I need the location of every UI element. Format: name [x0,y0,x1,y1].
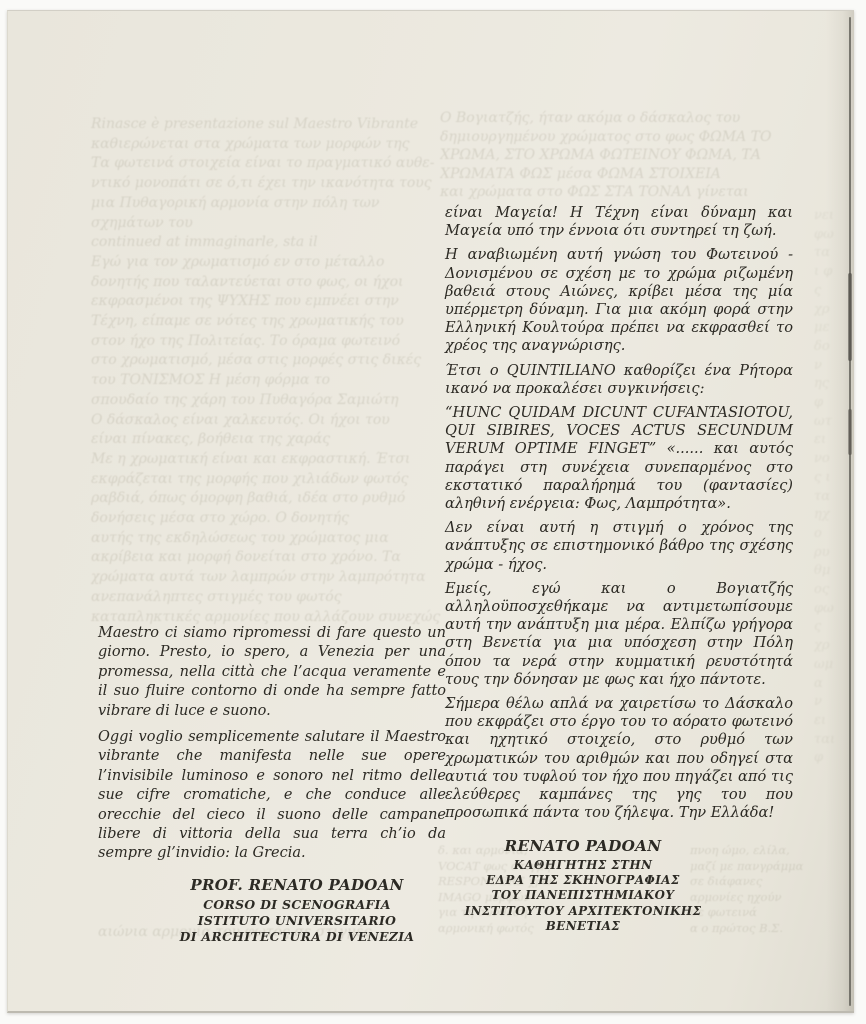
page-edge-line [849,17,851,1006]
paragraph: Εμείς, εγώ και ο Βογιατζής αλληλοϋποσχεθ… [445,580,793,689]
signature-line: ΤΟΥ ΠΑΝΕΠΙΣΤΗΜΙΑΚΟΥ [445,888,721,903]
paragraph: Η αναβιωμένη αυτή γνώση του Φωτεινού - Δ… [445,246,793,355]
paragraph: Δεν είναι αυτή η στιγμή ο χρόνος της ανά… [445,519,793,574]
page-edge-mark [848,273,852,361]
right-column: είναι Μαγεία! Η Τέχνη είναι δύναμη και Μ… [445,11,793,1011]
paragraph: “HUNC QUIDAM DICUNT CUFANTASIOTOU, QUI S… [445,404,793,513]
paragraph: Έτσι ο QUINTILIANO καθορίζει ένα Ρήτορα … [445,362,793,398]
right-signature-name: RENATO PADOAN [445,837,721,855]
signature-line: ΚΑΘΗΓΗΤΗΣ ΣΤΗΝ [445,858,721,873]
greek-body-text: είναι Μαγεία! Η Τέχνη είναι δύναμη και Μ… [445,204,793,823]
signature-line: ISTITUTO UNIVERSITARIO [148,913,446,929]
signature-line: ΕΔΡΑ ΤΗΣ ΣΚΗΝΟΓΡΑΦΙΑΣ [445,873,721,888]
right-signature-titles: ΚΑΘΗΓΗΤΗΣ ΣΤΗΝΕΔΡΑ ΤΗΣ ΣΚΗΝΟΓΡΑΦΙΑΣΤΟΥ Π… [445,858,721,935]
italian-dedication-text: Maestro ci siamo ripromessi di fare ques… [98,624,446,864]
signature-line: ΒΕΝΕΤΙΑΣ [445,919,721,934]
paragraph: Oggi voglio semplicemente salutare il Ma… [98,728,446,864]
paper-sheet: Rinasce è presentazione sul Maestro Vibr… [7,10,854,1013]
signature-line: ΙΝΣΤΙΤΟΥΤΟΥ ΑΡΧΙΤΕΚΤΟΝΙΚΗΣ [445,904,721,919]
signature-line: CORSO DI SCENOGRAFIA [148,897,446,913]
left-signature-name: PROF. RENATO PADOAN [148,876,446,894]
paragraph: είναι Μαγεία! Η Τέχνη είναι δύναμη και Μ… [445,204,793,240]
signature-line: DI ARCHITECTURA DI VENEZIA [148,929,446,945]
left-column: Maestro ci siamo ripromessi di fare ques… [98,11,446,1011]
page-edge-mark-small [848,409,852,455]
scanned-document-page: Rinasce è presentazione sul Maestro Vibr… [0,0,866,1024]
paragraph: Maestro ci siamo ripromessi di fare ques… [98,624,446,721]
right-signature-block: RENATO PADOAN ΚΑΘΗΓΗΤΗΣ ΣΤΗΝΕΔΡΑ ΤΗΣ ΣΚΗ… [445,837,721,935]
paragraph: Σήμερα θέλω απλά να χαιρετίσω το Δάσκαλο… [445,695,793,822]
left-signature-block: PROF. RENATO PADOAN CORSO DI SCENOGRAFIA… [98,876,446,945]
left-signature-titles: CORSO DI SCENOGRAFIAISTITUTO UNIVERSITAR… [148,897,446,945]
